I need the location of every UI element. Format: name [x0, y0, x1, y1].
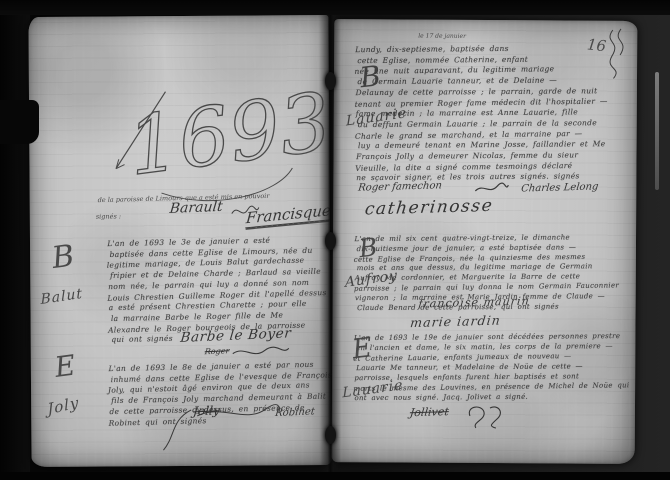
year-numerals: 1693 — [122, 75, 336, 193]
left-page: 1693 de la paroisse de Limours que a est… — [28, 15, 331, 467]
binding-stitch — [325, 232, 336, 250]
binding-stitch — [325, 72, 336, 90]
certification-signed-label: signés : — [96, 212, 121, 220]
record-line: luy a demeuré tenant en Marine Josse, fa… — [358, 139, 632, 152]
signature-jollivet: Jollivet — [409, 405, 449, 419]
signature-flourish-icon — [161, 401, 281, 457]
margin-initial: E — [53, 352, 77, 382]
binding-stitch — [325, 426, 336, 444]
film-border-bottom — [0, 472, 670, 480]
next-page-edge — [655, 72, 659, 190]
right-page: 16 le 17 de januier B Lauarie Lundy, dix… — [332, 19, 638, 464]
margin-name: Balut — [40, 286, 83, 308]
film-notch — [0, 100, 39, 144]
paraph-flourish-icon — [231, 345, 291, 359]
margin-initial: B — [50, 242, 76, 275]
date-note: le 17 de januier — [418, 33, 466, 40]
paraph-flourish-icon — [464, 402, 506, 430]
signature-barbe-le-boyer: Barbe le Boyer — [180, 325, 292, 346]
paraph-flourish-icon — [473, 182, 509, 196]
register-scan: 1693 de la paroisse de Limours que a est… — [0, 0, 670, 480]
film-border-top — [0, 0, 670, 15]
burial-record-text: L'an de 1693 le 19e de januier sont décé… — [354, 331, 631, 403]
book-binding — [319, 14, 341, 472]
signature-catherinosse: catherinosse — [364, 196, 495, 220]
signature-charles-lelong: Charles Lelong — [521, 181, 599, 194]
signature-marie-jardin: marie iardin — [409, 313, 501, 331]
signature-roger-paraph: Roger — [204, 346, 230, 356]
baptism-record-text: Lundy, dix-septiesme, baptisée dans cett… — [355, 43, 630, 184]
margin-name: Joly — [47, 393, 80, 418]
signature-barault: Barault — [169, 199, 224, 217]
record-line: de Germain Lauarie tanneur, et de Delain… — [357, 75, 631, 88]
film-border-left — [0, 0, 30, 480]
signature-roger-famechon: Roger famechon — [358, 180, 443, 193]
